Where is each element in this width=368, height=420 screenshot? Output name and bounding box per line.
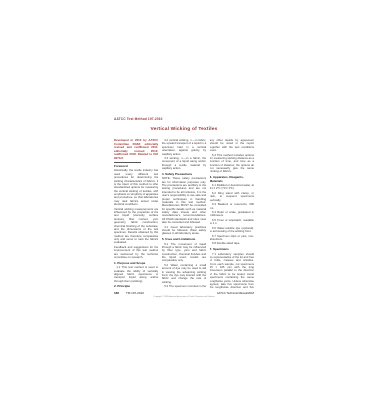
column-right: any other liquids by agreement should be… [210,139,254,289]
three-column-body: Developed in 2010 by AATCC Committee RA6… [114,139,254,289]
paragraph: Feedback and suggestions for the improve… [114,246,158,260]
paragraph: 3.2 vertical wicking, n.—in fabric, the … [162,139,206,156]
paragraph: 6.5 Timer or stopwatch, readable to 1 s. [210,219,254,226]
paragraph: 6.1 Distilled or deionized water, at 21 … [210,184,254,191]
paragraph: 3.3 wicking, n.—in a fabric, the movemen… [162,157,206,171]
divider [114,162,141,163]
section-heading: 6. Apparatus, Reagents, Materials [210,176,254,183]
paragraph: 6.8 Double-sided tape. [210,242,254,245]
paragraph: 4.1 Good laboratory practices should be … [162,226,206,236]
revision-note: Developed in 2010 by AATCC Committee RA6… [114,139,158,160]
paragraph: 6.2 Ring stand with clamp, or rack, to s… [210,192,254,202]
column-middle: 3.2 vertical wicking, n.—in fabric, the … [162,139,206,289]
footer-manual-name: AATCC Technical Manual/2018 [217,292,254,295]
column-left: Developed in 2010 by AATCC Committee RA6… [114,139,158,289]
paragraph: 5.1 The movement of liquid through a fab… [162,243,206,263]
footer-copyright: Copyright © 2018 American Association of… [112,296,256,298]
document-page: AATCC Test Method 197-2010 Vertical Wick… [112,117,256,303]
paragraph: 7.1 Laboratory samples should be represe… [210,253,254,289]
paragraph: any other liquids by agreement should be… [210,139,254,153]
paragraph: 5.4 This method includes options for mea… [210,154,254,174]
paragraph: 6.7 Specimen clips or pins, non-absorben… [210,235,254,242]
page-footer: 186 TM 197-2010 AATCC Technical Manual/2… [114,291,254,295]
paragraph: 1.1 This test method is used to evaluate… [114,266,158,283]
paragraph: Historically, the textile industry has u… [114,169,158,206]
paragraph: 5.2 Water containing a small amount of d… [162,264,206,284]
paragraph: NOTE: These safety precautions are for i… [162,177,206,224]
paragraph: 5.3 The specimen mounted in the clamp ma… [162,285,206,289]
footer-method-id: TM 197-2010 [126,291,144,295]
paragraph: 6.6 Water-soluble dye (optional), to aid… [210,227,254,234]
page-title: Vertical Wicking of Textiles [112,127,256,132]
paragraph: Vertical wicking measurements are influe… [114,208,158,245]
method-number-header: AATCC Test Method 197-2010 [114,117,163,121]
paragraph: 6.3 Beakers or reservoirs, 600 mL. [210,203,254,210]
paragraph: 6.4 Ruler or scale, graduated in millime… [210,211,254,218]
footer-page-number: 186 [114,291,119,295]
